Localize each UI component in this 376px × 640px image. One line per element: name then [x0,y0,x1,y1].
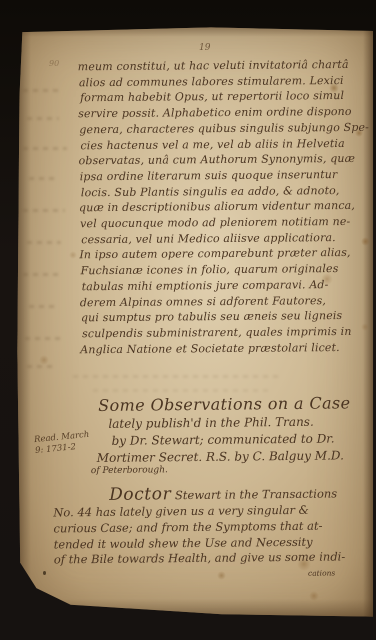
article-title-line: lately publish'd in the Phil. Trans. [108,414,372,431]
ink-bleed-mark [29,305,59,308]
article-section: Read. March 9: 1731-2 Some Observations … [12,381,374,581]
latin-paragraph: meum constitui, ut hac veluti invitatori… [78,57,376,358]
body-line-rest: Stewart in the Transactions [171,486,337,502]
article-title-line: of Peterborough. [91,463,373,476]
article-title-line: Mortimer Secret. R.S. by C. Balguy M.D. [97,448,373,465]
article-title-line: by Dr. Stewart; communicated to Dr. [112,431,373,448]
margin-mark: 90 [49,59,59,68]
page-edge-shadow-bottom [13,599,373,619]
ink-bleed-mark [27,365,57,368]
ink-bleed-mark [73,375,283,378]
article-body-paragraph: Doctor Stewart in the Transactions No. 4… [13,482,374,581]
margin-note: Read. March 9: 1731-2 [34,430,91,457]
manuscript-page: 19 90 meum constitui, ut hac veluti invi… [13,25,373,619]
latin-line: Fuchsianæ icones in folio, quarum origin… [80,261,375,279]
body-line: Doctor Stewart in the Transactions [109,482,373,505]
ink-bleed-mark [23,273,63,276]
ink-bleed-mark [27,241,61,244]
ink-bleed-mark [29,177,59,180]
catchword: cations [308,568,374,578]
body-line: of the Bile towards Health, and give us … [54,550,374,569]
ink-bleed-mark [23,209,65,212]
ink-bleed-mark [23,89,63,92]
ink-bleed-mark [23,147,67,150]
latin-line: genera, characteres quibus singulis subj… [79,120,374,138]
foxing-spot [69,251,77,259]
manuscript-photo: 19 90 meum constitui, ut hac veluti invi… [0,0,376,640]
foxing-spot [39,355,49,365]
page-edge-shadow-top [13,25,373,37]
article-title-line: Some Observations on a Case [98,393,372,415]
foxing-spot [309,591,319,601]
latin-line: Anglica Natione et Societate præstolari … [80,339,376,357]
ink-bleed-mark [27,117,59,120]
folio-number: 19 [199,43,210,53]
drop-word: Doctor [109,484,171,505]
ink-bleed-mark [25,337,63,340]
